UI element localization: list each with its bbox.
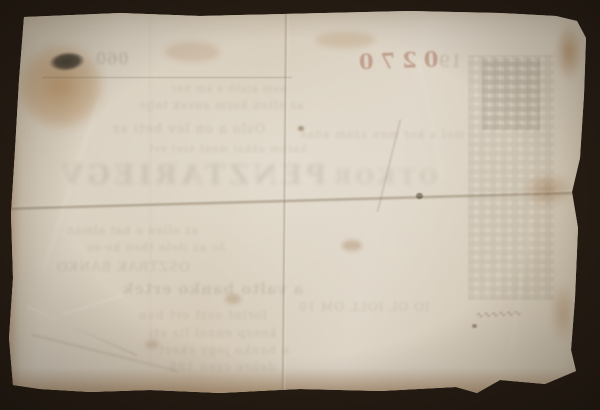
corner-number: 060 (95, 49, 129, 68)
showthrough-line: az ellen e hat alman (66, 224, 198, 237)
showthrough-line: nem alath e km her (170, 84, 287, 95)
showthrough-line: az elten korm anvek telje (138, 99, 304, 112)
grime-left-edge (6, 140, 19, 390)
showthrough-line: keszp enzul fiz eti (148, 326, 276, 340)
photograph: 0270 19 060 nem alath e km her az elten … (0, 0, 600, 410)
serial-stamp: 0270 (352, 46, 439, 74)
banknote-paper: 0270 19 060 nem alath e km her az elten … (0, 0, 600, 410)
showthrough-line: forint oszt ert ban (138, 308, 267, 322)
showthrough-line: a banko jegy ekert (158, 343, 289, 357)
showthrough-title-2: OTKOR (330, 164, 437, 189)
showthrough-title: PENZTARIEGV (58, 160, 327, 191)
serial-stamp-year: 19 (438, 52, 462, 72)
showthrough-mosaic-top (482, 58, 540, 130)
grime-bottom-edge (8, 368, 586, 394)
showthrough-line-bold: a valto banko ertek (122, 280, 303, 298)
showthrough-line: debre czen 186 (168, 360, 276, 374)
showthrough-line: 3c az itele then ko es (86, 241, 226, 254)
showthrough-line: mel a kor men szam adas (300, 128, 464, 141)
showthrough-line: OSZTRAK BANKO (56, 260, 190, 275)
showthrough-line: harom akkal ment szel evt (148, 144, 307, 155)
showthrough-line: Oslo a on lev heti sz (112, 122, 265, 137)
showthrough-line: IO OL IOLL OM 10 (298, 300, 430, 314)
